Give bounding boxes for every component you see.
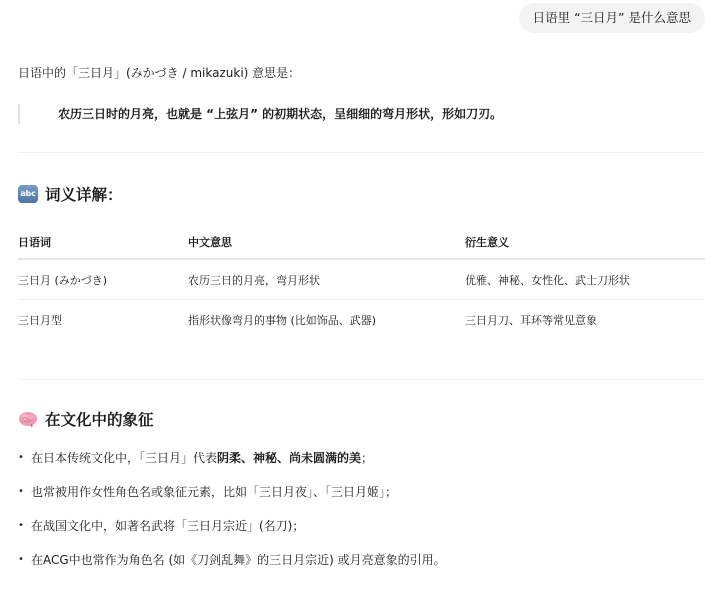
crescent-moon-icon bbox=[34, 103, 52, 126]
list-item-text-part: 在日本传统文化中，「三日月」代表 bbox=[31, 451, 217, 465]
table-row: 三日月 (みかづき) 农历三日的月亮，弯月形状 优雅、神秘、女性化、武士刀形状 bbox=[18, 260, 705, 300]
list-item: • 也常被用作女性角色名或象征元素，比如「三日月夜」、「三日月姬」； bbox=[18, 482, 446, 516]
list-item-emphasis: 阴柔、神秘、尚未圆满的美 bbox=[217, 451, 361, 465]
list-item: • 在日本传统文化中，「三日月」代表阴柔、神秘、尚未圆满的美； bbox=[18, 448, 446, 482]
section-title: 词义详解： bbox=[45, 183, 123, 205]
reply-intro: 日语中的「三日月」(みかづき / mikazuki) 意思是： bbox=[18, 64, 300, 82]
brain-icon bbox=[18, 410, 38, 428]
definition-blockquote: 农历三日时的月亮，也就是 “上弦月” 的初期状态，呈细细的弯月形状，形如刀刃。 bbox=[18, 104, 502, 124]
table-cell: 三日月型 bbox=[18, 312, 62, 328]
table-header-cell: 衍生意义 bbox=[465, 234, 509, 250]
list-item-text: 在ACG中也常作为角色名 (如《刀剑乱舞》的三日月宗近) 或月亮意象的引用。 bbox=[31, 550, 446, 570]
list-item-text: 也常被用作女性角色名或象征元素，比如「三日月夜」、「三日月姬」； bbox=[31, 482, 397, 502]
section-heading-meaning: abc 词义详解： bbox=[18, 183, 123, 205]
divider bbox=[18, 379, 705, 380]
table-cell: 三日月刀、耳环等常见意象 bbox=[465, 312, 597, 328]
table-cell: 三日月 (みかづき) bbox=[18, 272, 107, 288]
culture-list: • 在日本传统文化中，「三日月」代表阴柔、神秘、尚未圆满的美； • 也常被用作女… bbox=[18, 448, 446, 584]
bullet: • bbox=[18, 482, 31, 502]
bullet: • bbox=[18, 516, 31, 536]
table-header-cell: 中文意思 bbox=[188, 234, 232, 250]
abc-icon: abc bbox=[18, 185, 38, 203]
section-title: 在文化中的象征 bbox=[45, 408, 154, 430]
list-item-text: 在战国文化中，如著名武将「三日月宗近」(名刀)； bbox=[31, 516, 304, 536]
table-row: 三日月型 指形状像弯月的事物 (比如饰品、武器) 三日月刀、耳环等常见意象 bbox=[18, 300, 705, 340]
list-item-text: 在日本传统文化中，「三日月」代表阴柔、神秘、尚未圆满的美； bbox=[31, 448, 373, 468]
table-cell: 农历三日的月亮，弯月形状 bbox=[188, 272, 320, 288]
bullet: • bbox=[18, 550, 31, 570]
bullet: • bbox=[18, 448, 31, 468]
meaning-table: 日语词 中文意思 衍生意义 三日月 (みかづき) 农历三日的月亮，弯月形状 优雅… bbox=[18, 226, 705, 340]
user-message-text: 日语里 “三日月” 是什么意思 bbox=[533, 10, 691, 25]
table-header-row: 日语词 中文意思 衍生意义 bbox=[18, 226, 705, 260]
divider bbox=[18, 152, 705, 153]
user-message-bubble: 日语里 “三日月” 是什么意思 bbox=[519, 3, 705, 33]
definition-text: 农历三日时的月亮，也就是 “上弦月” 的初期状态，呈细细的弯月形状，形如刀刃。 bbox=[58, 104, 502, 124]
table-cell: 优雅、神秘、女性化、武士刀形状 bbox=[465, 272, 630, 288]
list-item-text-part: ； bbox=[361, 451, 373, 465]
section-heading-culture: 在文化中的象征 bbox=[18, 408, 154, 430]
table-cell: 指形状像弯月的事物 (比如饰品、武器) bbox=[188, 312, 376, 328]
chat-page: 日语里 “三日月” 是什么意思 日语中的「三日月」(みかづき / mikazuk… bbox=[0, 0, 705, 593]
list-item: • 在战国文化中，如著名武将「三日月宗近」(名刀)； bbox=[18, 516, 446, 550]
list-item: • 在ACG中也常作为角色名 (如《刀剑乱舞》的三日月宗近) 或月亮意象的引用。 bbox=[18, 550, 446, 584]
table-header-cell: 日语词 bbox=[18, 234, 51, 250]
